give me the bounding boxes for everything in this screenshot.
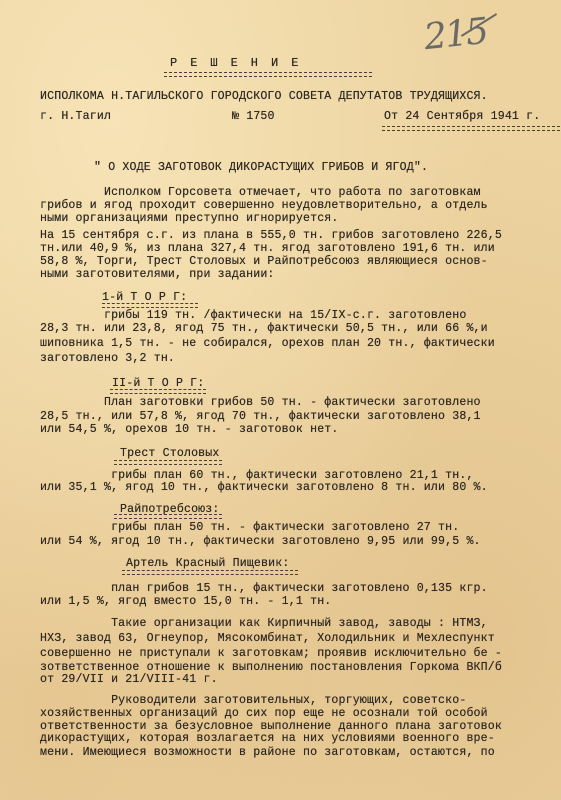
paragraph-line: мени. Имеющиеся возможности в районе по … bbox=[40, 746, 495, 759]
section-line: заготовлено 3,2 тн. bbox=[40, 352, 175, 365]
section-line: шиповника 1,5 тн. - не собирался, орехов… bbox=[40, 337, 495, 350]
paragraph-line: хозяйственных организаций до сих пор еще… bbox=[40, 707, 488, 720]
document-date: От 24 Сентября 1941 г. bbox=[384, 110, 540, 123]
section-line: или 1,5 %, ягод вместо 15,0 тн. - 1,1 тн… bbox=[40, 595, 331, 608]
section-line: грибы 119 тн. /фактически на 15/IX-с.г. … bbox=[40, 309, 466, 322]
issuer-line: ИСПОЛКОМА Н.ТАГИЛЬСКОГО ГОРОДСКОГО СОВЕТ… bbox=[40, 90, 488, 103]
title-underline bbox=[164, 72, 372, 77]
heading-underline bbox=[110, 389, 206, 394]
summary-line: На 15 сентября с.г. из плана в 555,0 тн.… bbox=[40, 229, 502, 242]
heading-underline bbox=[114, 514, 222, 519]
section-line: или 54 %, ягод 10 тн., фактически загото… bbox=[40, 535, 481, 548]
document-title: РЕШЕНИЕ bbox=[170, 57, 311, 70]
section-line: 28,3 тн. или 23,8, ягод 75 тн., фактичес… bbox=[40, 322, 488, 335]
summary-line: тн.или 40,9 %, из плана 327,4 тн. ягод з… bbox=[40, 242, 495, 255]
subject-title: " О ХОДЕ ЗАГОТОВОК ДИКОРАСТУЩИХ ГРИБОВ И… bbox=[94, 161, 428, 174]
document-page: 215 РЕШЕНИЕ ИСПОЛКОМА Н.ТАГИЛЬСКОГО ГОРО… bbox=[0, 0, 561, 800]
paragraph-line: дикорастущих, которая возлагается на них… bbox=[40, 732, 495, 745]
paragraph-line: Руководители заготовительных, торгующих,… bbox=[40, 694, 466, 707]
heading-underline bbox=[114, 460, 222, 465]
archive-page-number: 215 bbox=[422, 11, 489, 58]
summary-line: 58,8 %, Торги, Трест Столовых и Райпотре… bbox=[40, 255, 488, 268]
section-line: план грибов 15 тн., фактически заготовле… bbox=[40, 582, 488, 595]
date-underline bbox=[382, 126, 560, 131]
section-line: или 35,1 %, ягод 10 тн., фактически заго… bbox=[40, 481, 488, 494]
section-line: План заготовки грибов 50 тн. - фактическ… bbox=[40, 396, 481, 409]
paragraph-line: Такие организации как Кирпичный завод, з… bbox=[40, 617, 488, 630]
heading-underline bbox=[122, 570, 298, 575]
section-line: 28,5 тн., или 57,8 %, ягод 70 тн., факти… bbox=[40, 410, 481, 423]
section-line: грибы план 50 тн. - фактически заготовле… bbox=[40, 521, 459, 534]
section-heading-trest-stolovykh: Трест Столовых bbox=[120, 447, 220, 460]
document-number: № 1750 bbox=[232, 110, 275, 123]
paragraph-line: совершенно не приступали к заготовкам; п… bbox=[40, 647, 502, 660]
intro-line: грибов и ягод проходит совершенно неудов… bbox=[40, 199, 488, 212]
section-line: или 54,5 %, орехов 10 тн. - заготовок не… bbox=[40, 423, 339, 436]
paragraph-line: НХЗ, завод 63, Огнеупор, Мясокомбинат, Х… bbox=[40, 632, 495, 645]
section-heading-artel: Артель Красный Пищевик: bbox=[126, 557, 289, 570]
intro-line: ными организациями преступно игнорируетс… bbox=[40, 212, 339, 225]
paragraph-line: от 29/VII и 21/VIII-41 г. bbox=[40, 673, 218, 686]
city: г. Н.Тагил bbox=[40, 110, 111, 123]
heading-underline bbox=[102, 303, 198, 308]
intro-line: Исполком Горсовета отмечает, что работа … bbox=[40, 186, 481, 199]
summary-line: ными заготовителями, при задании: bbox=[40, 268, 275, 281]
